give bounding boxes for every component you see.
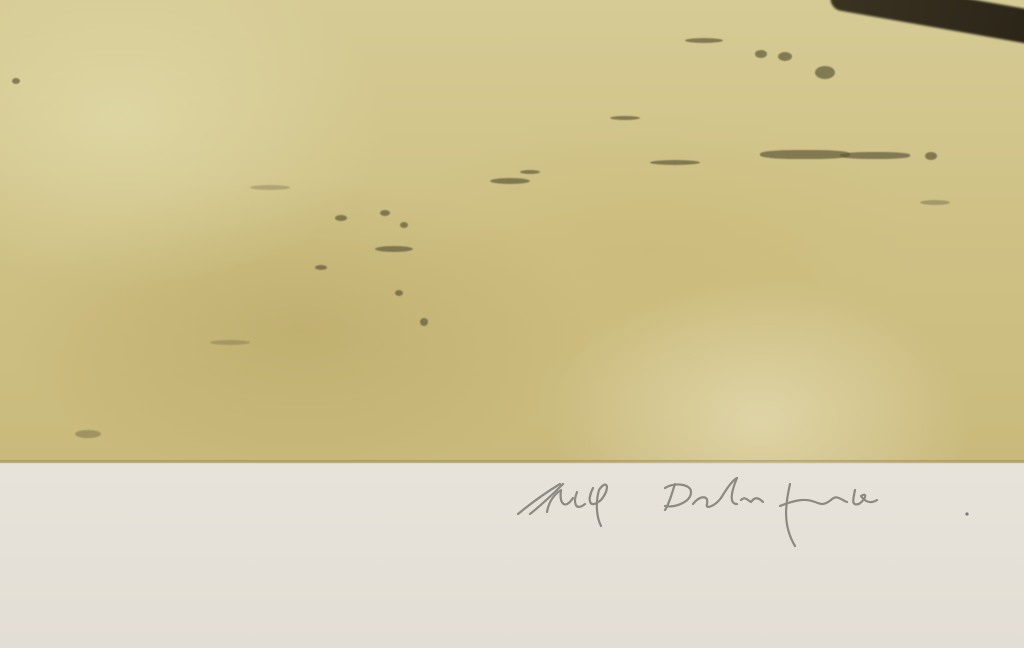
ink-mark	[12, 78, 20, 84]
ink-mark	[650, 160, 700, 165]
ink-mark	[815, 66, 835, 79]
ink-mark	[490, 178, 530, 184]
ink-mark	[925, 152, 937, 160]
ink-mark	[420, 318, 428, 326]
ink-mark	[778, 52, 792, 61]
ink-mark	[250, 185, 290, 190]
ink-mark	[840, 152, 910, 159]
ink-mark	[210, 340, 250, 345]
etching-plate-area	[0, 0, 1024, 463]
ink-mark	[685, 38, 723, 43]
ink-mark	[520, 170, 540, 174]
ink-mark	[400, 222, 408, 228]
dark-ink-stroke	[829, 0, 1024, 47]
ink-mark	[375, 246, 413, 252]
signature-handwriting-icon	[515, 470, 985, 550]
pencil-signature: Nils Dardel fecit	[515, 470, 985, 550]
ink-mark	[75, 430, 101, 438]
ink-mark	[610, 116, 640, 120]
ink-mark	[315, 265, 327, 270]
ink-mark	[755, 50, 767, 58]
ink-mark	[920, 200, 950, 205]
ink-mark	[380, 210, 390, 216]
ink-mark	[395, 290, 403, 296]
ink-mark	[335, 215, 347, 221]
ink-mark	[760, 150, 850, 159]
